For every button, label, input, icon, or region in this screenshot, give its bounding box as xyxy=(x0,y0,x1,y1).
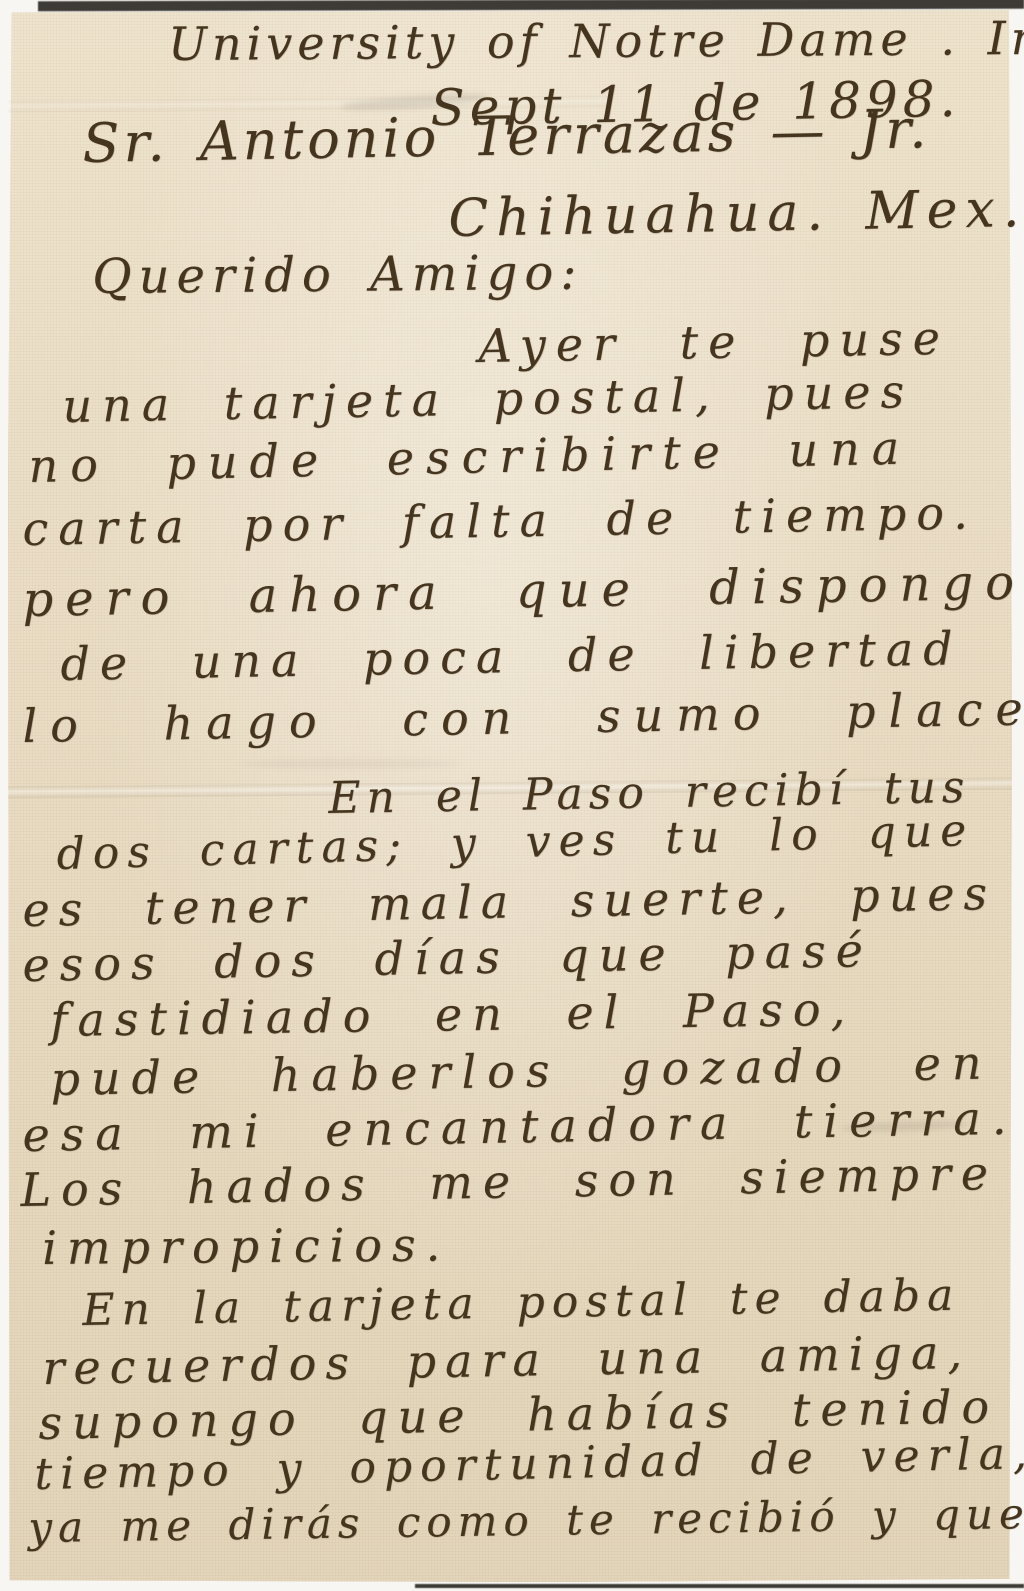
scanned-letter-page: University of Notre Dame . Ind.Sept 11 d… xyxy=(0,0,1024,1591)
letter-paper xyxy=(8,10,1012,1582)
scan-edge-top xyxy=(38,0,1024,11)
scan-edge-bottom xyxy=(415,1584,1024,1588)
